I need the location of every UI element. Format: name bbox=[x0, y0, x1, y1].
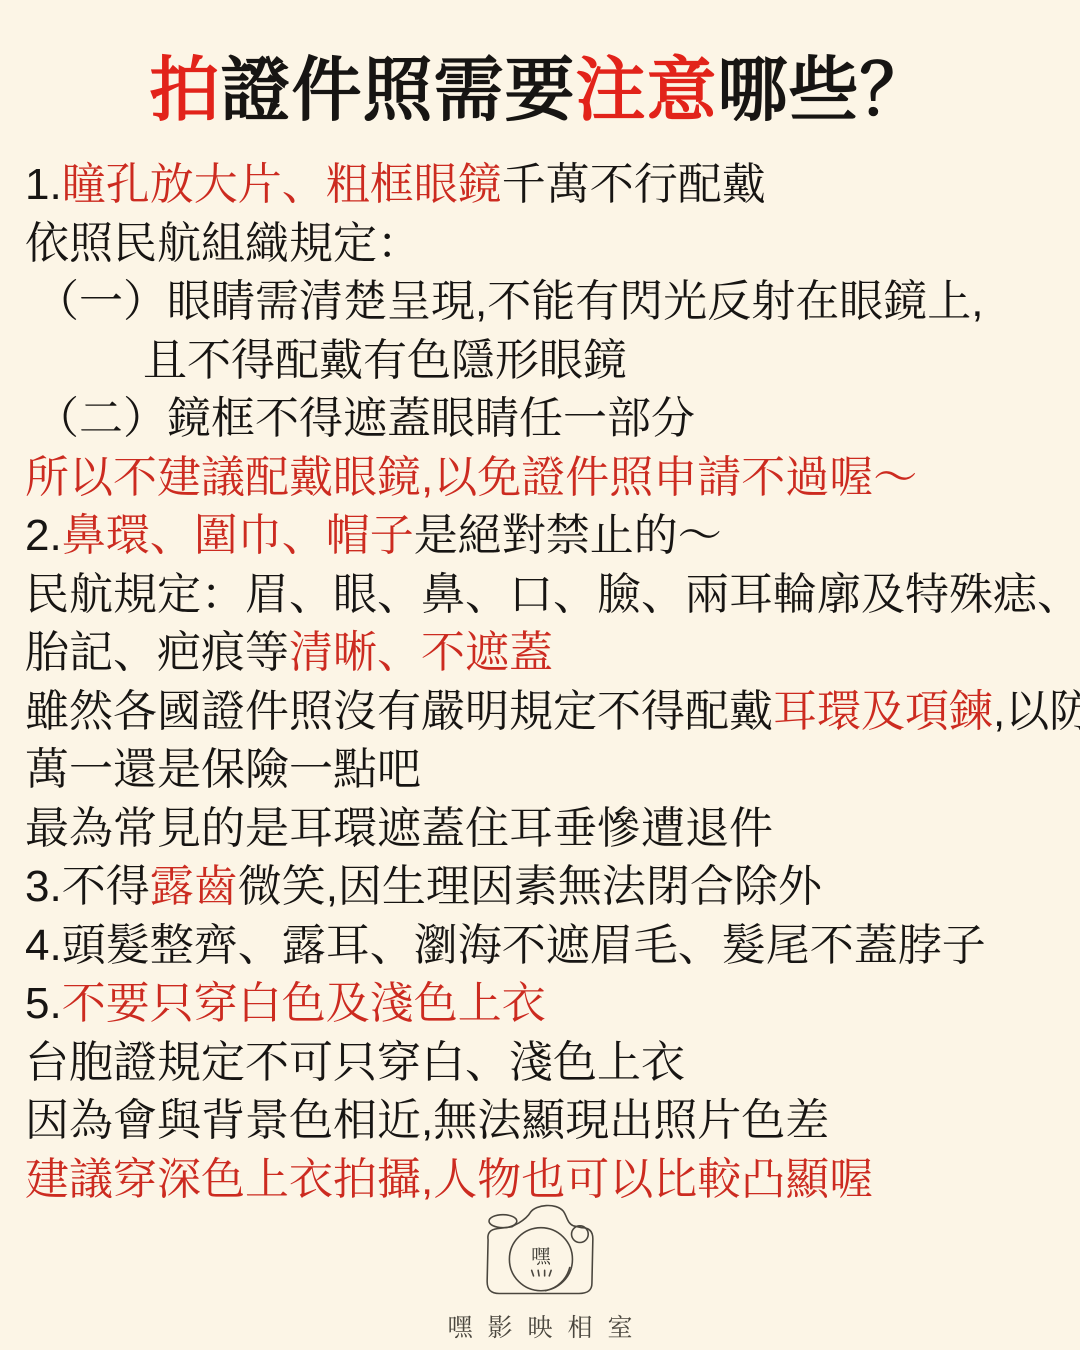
text-segment: 是絕對禁止的～ bbox=[414, 511, 722, 560]
text-segment: 證件照需要 bbox=[221, 49, 576, 131]
body-line: 2.鼻環、圍巾、帽子是絕對禁止的～ bbox=[25, 507, 1070, 566]
text-segment: 千萬不行配戴 bbox=[502, 160, 766, 209]
text-segment-highlight: 注意 bbox=[576, 49, 718, 131]
body-line: 且不得配戴有色隱形眼鏡 bbox=[25, 332, 1070, 391]
text-segment-highlight: 清晰、不遮蓋 bbox=[289, 628, 553, 677]
text-segment: ,以防 bbox=[993, 687, 1080, 736]
camera-char-dots bbox=[532, 1270, 551, 1276]
camera-logo-char: 嘿 bbox=[531, 1246, 552, 1268]
body-line: 胎記、疤痕等清晰、不遮蓋 bbox=[25, 624, 1070, 683]
body-text: 1.瞳孔放大片、粗框眼鏡千萬不行配戴依照民航組織規定：（一）眼睛需清楚呈現,不能… bbox=[25, 156, 1070, 1209]
text-segment-highlight: 建議穿深色上衣拍攝,人物也可以比較凸顯喔 bbox=[25, 1155, 873, 1204]
text-segment: 且不得配戴有色隱形眼鏡 bbox=[143, 336, 627, 385]
camera-dial bbox=[489, 1215, 517, 1228]
infographic-page: 拍證件照需要注意哪些？ 1.瞳孔放大片、粗框眼鏡千萬不行配戴依照民航組織規定：（… bbox=[0, 0, 1080, 1350]
text-segment-highlight: 露齒 bbox=[150, 862, 238, 911]
text-segment: 5. bbox=[25, 979, 62, 1028]
body-line: 民航規定：眉、眼、鼻、口、臉、兩耳輪廓及特殊痣、 bbox=[25, 566, 1070, 625]
body-line: （二）鏡框不得遮蓋眼睛任一部分 bbox=[25, 390, 1070, 449]
body-line: 4.頭髮整齊、露耳、瀏海不遮眉毛、髮尾不蓋脖子 bbox=[25, 917, 1070, 976]
text-segment: 3.不得 bbox=[25, 862, 150, 911]
text-segment: （二）鏡框不得遮蓋眼睛任一部分 bbox=[35, 394, 695, 443]
text-segment: 萬一還是保險一點吧 bbox=[25, 745, 421, 794]
text-segment-highlight: 鼻環、圍巾、帽子 bbox=[62, 511, 414, 560]
text-segment: （一）眼睛需清楚呈現,不能有閃光反射在眼鏡上, bbox=[35, 277, 983, 326]
text-segment-highlight: 所以不建議配戴眼鏡,以免證件照申請不過喔～ bbox=[25, 453, 917, 502]
text-segment: 胎記、疤痕等 bbox=[25, 628, 289, 677]
text-segment-highlight: 不要只穿白色及淺色上衣 bbox=[62, 979, 546, 1028]
text-segment: 民航規定：眉、眼、鼻、口、臉、兩耳輪廓及特殊痣、 bbox=[25, 570, 1080, 619]
studio-logo: 嘿 嘿影映相室 bbox=[0, 1198, 1080, 1344]
text-segment: 微笑,因生理因素無法閉合除外 bbox=[238, 862, 822, 911]
camera-doodle-icon: 嘿 bbox=[470, 1198, 610, 1300]
body-line: （一）眼睛需清楚呈現,不能有閃光反射在眼鏡上, bbox=[25, 273, 1070, 332]
body-line: 所以不建議配戴眼鏡,以免證件照申請不過喔～ bbox=[25, 449, 1070, 508]
studio-name: 嘿影映相室 bbox=[0, 1308, 1080, 1344]
body-line: 因為會與背景色相近,無法顯現出照片色差 bbox=[25, 1092, 1070, 1151]
body-line: 5.不要只穿白色及淺色上衣 bbox=[25, 975, 1070, 1034]
text-segment: 最為常見的是耳環遮蓋住耳垂慘遭退件 bbox=[25, 804, 773, 853]
text-segment-highlight: 拍 bbox=[150, 49, 221, 131]
text-segment: 雖然各國證件照沒有嚴明規定不得配戴 bbox=[25, 687, 773, 736]
camera-button bbox=[572, 1226, 589, 1243]
body-line: 1.瞳孔放大片、粗框眼鏡千萬不行配戴 bbox=[25, 156, 1070, 215]
page-title: 拍證件照需要注意哪些？ bbox=[0, 38, 1080, 142]
body-line: 萬一還是保險一點吧 bbox=[25, 741, 1070, 800]
text-segment: 台胞證規定不可只穿白、淺色上衣 bbox=[25, 1038, 685, 1087]
text-segment: 依照民航組織規定： bbox=[25, 219, 421, 268]
text-segment: 1. bbox=[25, 160, 62, 209]
text-segment: 4.頭髮整齊、露耳、瀏海不遮眉毛、髮尾不蓋脖子 bbox=[25, 921, 986, 970]
body-line: 依照民航組織規定： bbox=[25, 215, 1070, 274]
body-line: 雖然各國證件照沒有嚴明規定不得配戴耳環及項鍊,以防 bbox=[25, 683, 1070, 742]
body-line: 3.不得露齒微笑,因生理因素無法閉合除外 bbox=[25, 858, 1070, 917]
text-segment: 2. bbox=[25, 511, 62, 560]
text-segment: 因為會與背景色相近,無法顯現出照片色差 bbox=[25, 1096, 829, 1145]
body-line: 台胞證規定不可只穿白、淺色上衣 bbox=[25, 1034, 1070, 1093]
text-segment-highlight: 耳環及項鍊 bbox=[773, 687, 993, 736]
text-segment-highlight: 瞳孔放大片、粗框眼鏡 bbox=[62, 160, 502, 209]
text-segment: 哪些？ bbox=[718, 49, 931, 131]
body-line: 最為常見的是耳環遮蓋住耳垂慘遭退件 bbox=[25, 800, 1070, 859]
